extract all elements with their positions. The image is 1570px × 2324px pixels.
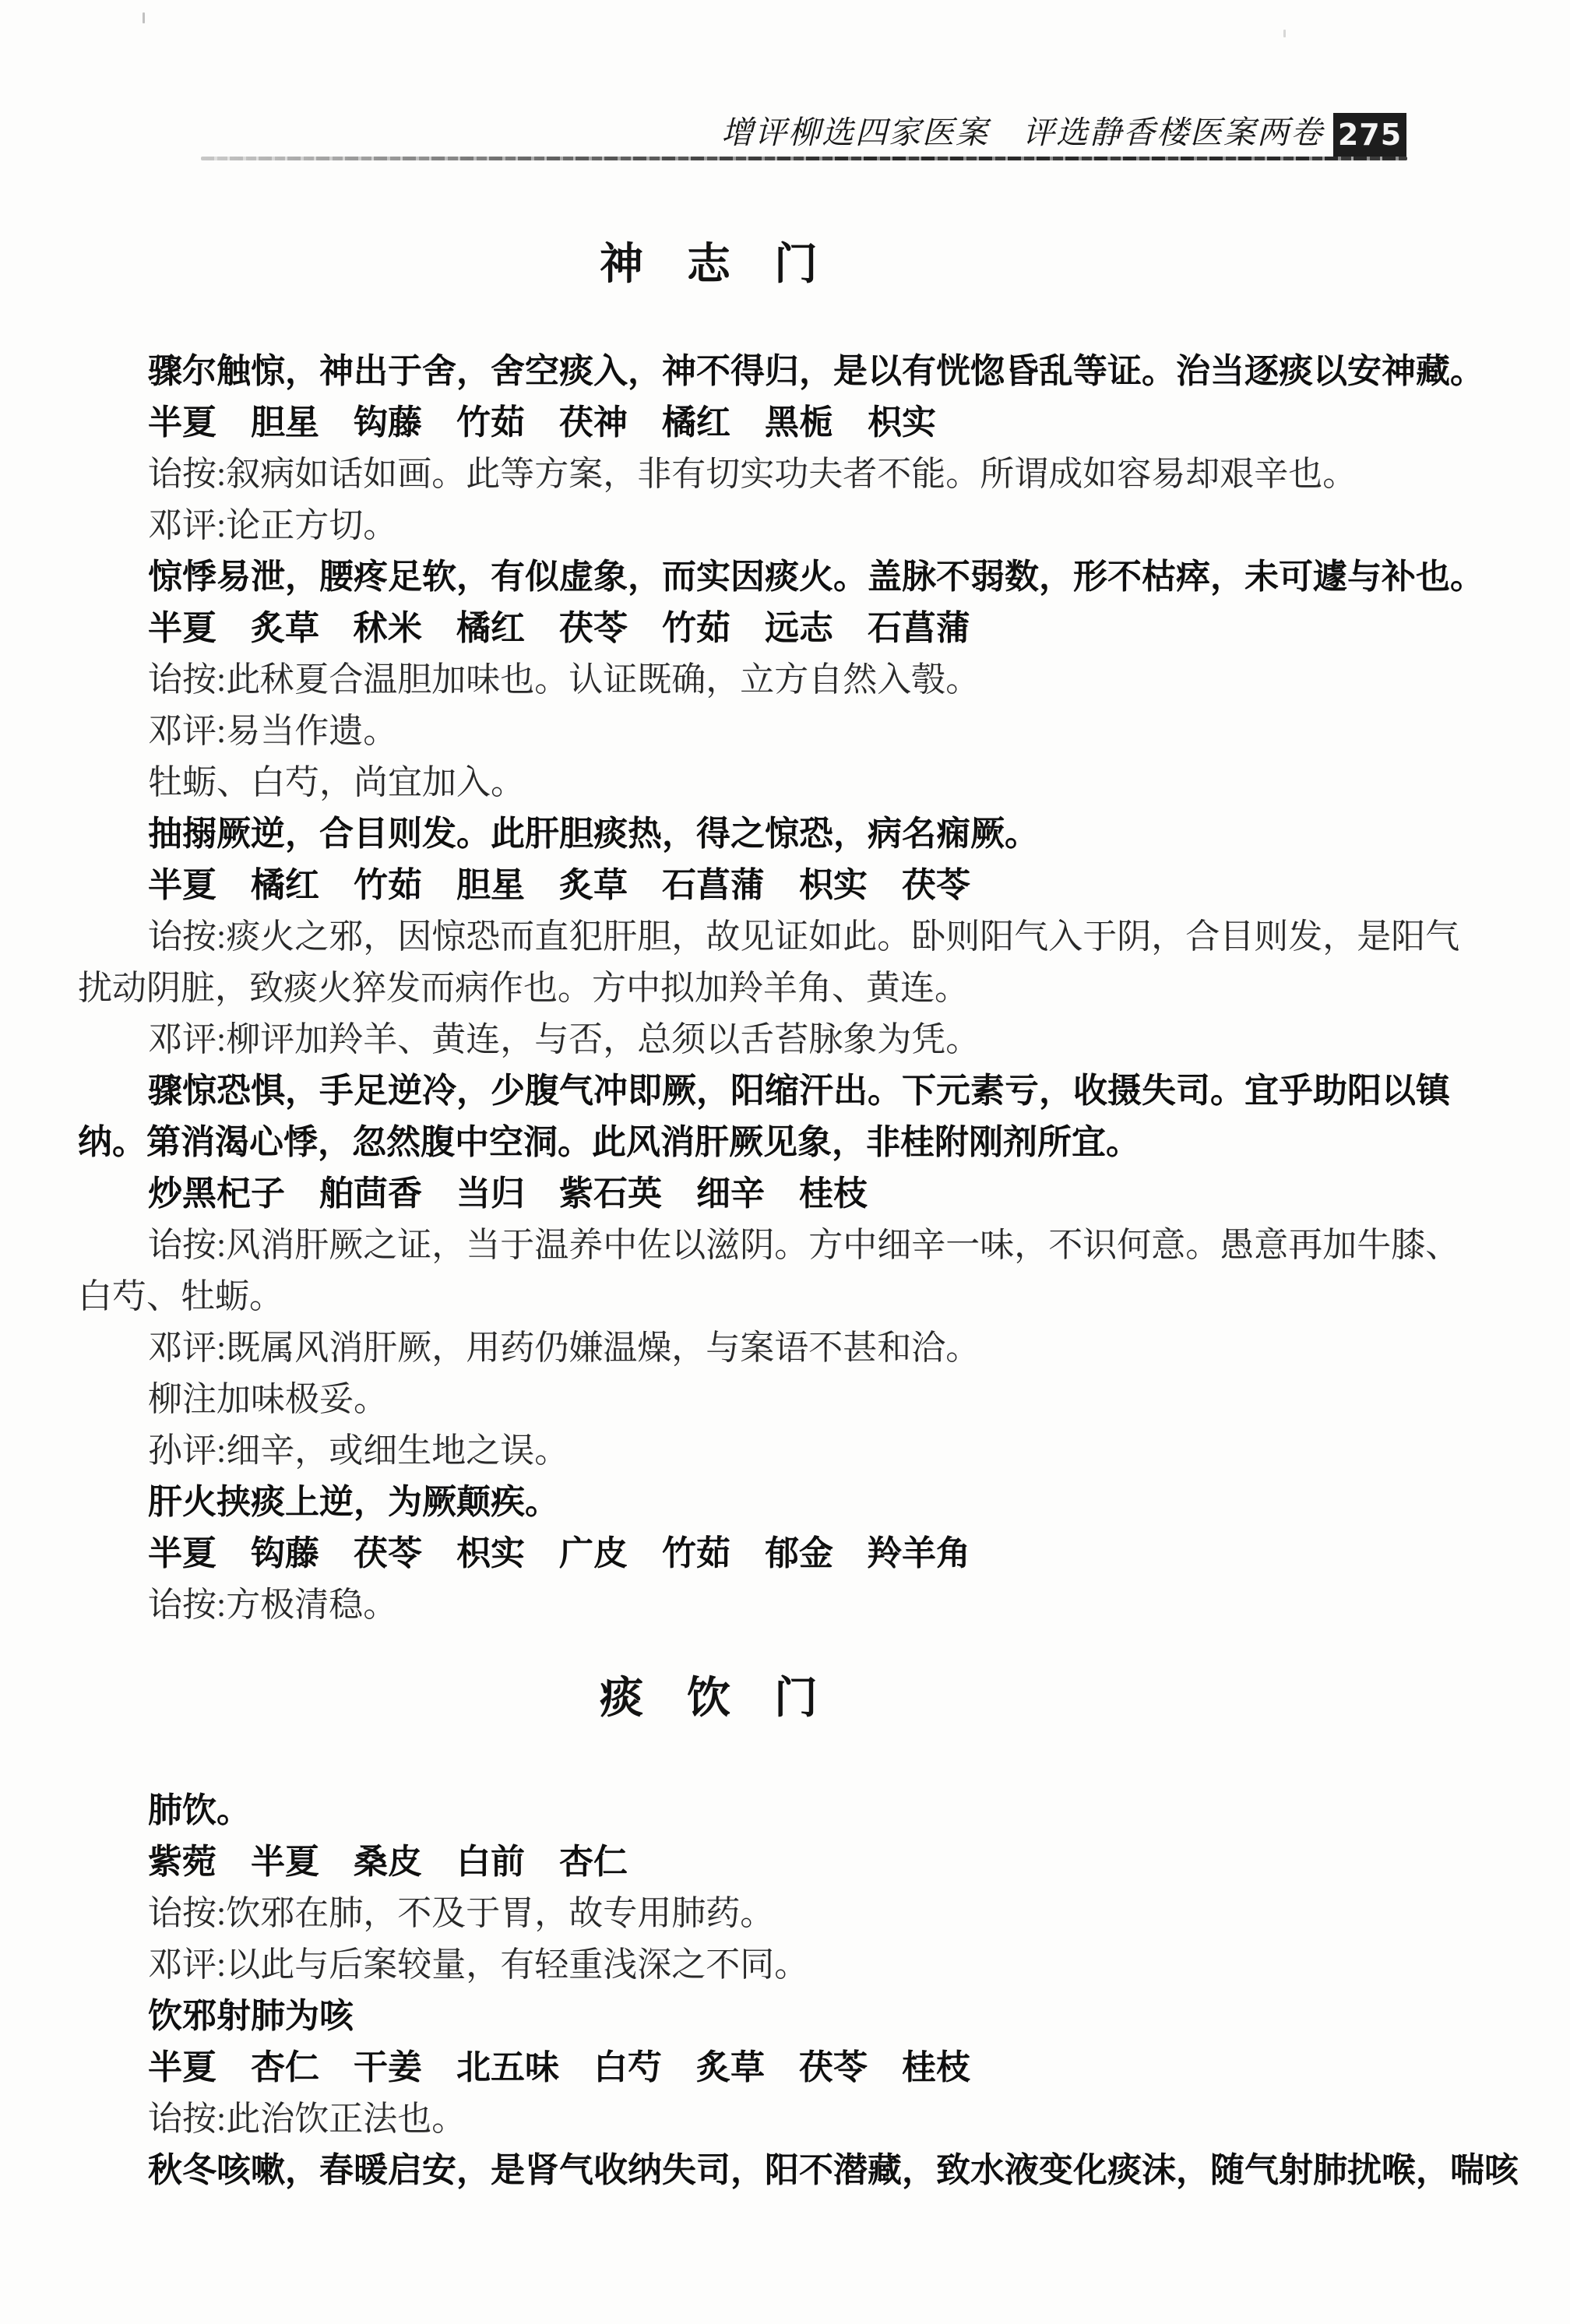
comment-line: 邓评:柳评加羚羊、黄连，与否，总须以舌苔脉象为凭。: [78, 1014, 1503, 1065]
running-title: 增评柳选四家医案 评选静香楼医案两卷: [721, 109, 1324, 156]
comment-line: 诒按:饮邪在肺，不及于胃，故专用肺药。: [78, 1888, 1503, 1939]
herb-line: 半夏 钩藤 茯苓 枳实 广皮 竹茹 郁金 羚羊角: [78, 1528, 1503, 1579]
comment-line: 白芍、牡蛎。: [78, 1271, 1503, 1322]
herb-line: 半夏 胆星 钩藤 竹茹 茯神 橘红 黑栀 枳实: [78, 397, 1503, 449]
herb-line: 半夏 橘红 竹茹 胆星 炙草 石菖蒲 枳实 茯苓: [78, 860, 1503, 911]
comment-line: 牡蛎、白芍，尚宜加入。: [78, 757, 1503, 808]
herb-line: 半夏 炙草 秫米 橘红 茯苓 竹茹 远志 石菖蒲: [78, 603, 1503, 654]
case-line: 抽搦厥逆，合目则发。此肝胆痰热，得之惊恐，病名痫厥。: [78, 808, 1503, 860]
comment-line: 孙评:细辛，或细生地之误。: [78, 1425, 1503, 1477]
case-line: 饮邪射肺为咳: [78, 1991, 1503, 2042]
comment-line: 邓评:论正方切。: [78, 500, 1503, 551]
book-page: 增评柳选四家医案 评选静香楼医案两卷 275 神志门 骤尔触惊，神出于舍，舍空痰…: [0, 0, 1570, 2324]
section-title: 痰饮门: [74, 1670, 1343, 1727]
comment-line: 诒按:方极清稳。: [78, 1579, 1503, 1631]
header-rule: [201, 157, 1407, 160]
comment-line: 邓评:易当作遗。: [78, 706, 1503, 757]
herb-line: 半夏 杏仁 干姜 北五味 白芍 炙草 茯苓 桂枝: [78, 2042, 1503, 2093]
scan-artifact: [143, 12, 145, 23]
case-line: 骤尔触惊，神出于舍，舍空痰入，神不得归，是以有恍惚昏乱等证。治当逐痰以安神藏。: [78, 346, 1503, 397]
herb-line: 炒黑杞子 舶茴香 当归 紫石英 细辛 桂枝: [78, 1168, 1503, 1220]
comment-line: 诒按:此治饮正法也。: [78, 2093, 1503, 2145]
herb-line: 紫菀 半夏 桑皮 白前 杏仁: [78, 1836, 1503, 1888]
section-title: 神志门: [74, 236, 1343, 294]
comment-line: 邓评:以此与后案较量，有轻重浅深之不同。: [78, 1939, 1503, 1991]
comment-line: 诒按:痰火之邪，因惊恐而直犯肝胆，故见证如此。卧则阳气入于阴，合目则发，是阳气: [78, 911, 1503, 963]
comment-line: 诒按:风消肝厥之证，当于温养中佐以滋阴。方中细辛一味，不识何意。愚意再加牛膝、: [78, 1220, 1503, 1271]
scan-artifact: [1283, 30, 1286, 37]
page-number-badge: 275: [1333, 113, 1406, 157]
case-line: 秋冬咳嗽，春暖启安，是肾气收纳失司，阳不潜藏，致水液变化痰沫，随气射肺扰喉，喘咳: [78, 2145, 1503, 2196]
case-line: 肺饮。: [78, 1785, 1503, 1836]
case-line: 骤惊恐惧，手足逆冷，少腹气冲即厥，阳缩汗出。下元素亏，收摄失司。宜乎助阳以镇: [78, 1065, 1503, 1117]
comment-line: 柳注加味极妥。: [78, 1374, 1503, 1425]
comment-line: 诒按:此秫夏合温胆加味也。认证既确，立方自然入彀。: [78, 654, 1503, 706]
case-line: 惊悸易泄，腰疼足软，有似虚象，而实因痰火。盖脉不弱数，形不枯瘁，未可遽与补也。: [78, 551, 1503, 603]
case-line: 纳。第消渴心悸，忽然腹中空洞。此风消肝厥见象，非桂附刚剂所宜。: [78, 1117, 1503, 1168]
comment-line: 诒按:叙病如话如画。此等方案，非有切实功夫者不能。所谓成如容易却艰辛也。: [78, 449, 1503, 500]
case-line: 肝火挟痰上逆，为厥颠疾。: [78, 1477, 1503, 1528]
section-title-text: 神志门: [600, 239, 861, 290]
comment-line: 邓评:既属风消肝厥，用药仍嫌温燥，与案语不甚和洽。: [78, 1322, 1503, 1374]
section-title-text: 痰饮门: [600, 1673, 861, 1724]
comment-line: 扰动阴脏，致痰火猝发而病作也。方中拟加羚羊角、黄连。: [78, 963, 1503, 1014]
